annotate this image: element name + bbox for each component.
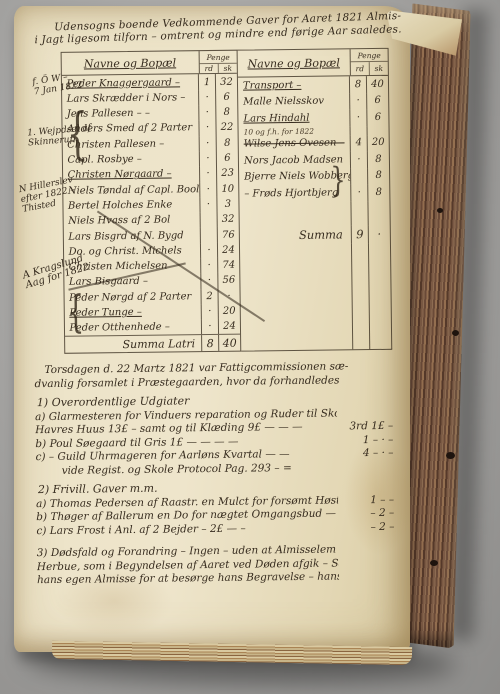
line-amount: – 2 – [338, 507, 394, 521]
row-sk: 74 [217, 258, 239, 274]
row-rd [200, 212, 217, 228]
row-name: Niels Hvass af 2 Bol [63, 214, 200, 227]
ledger-row: Wilse Jens Ovesen – 4 20 [239, 134, 389, 152]
ledger-left-rows: Peder Knaggergaard – 1 32 Lars Skrædder … [61, 74, 240, 336]
ledger-table: f. Ö W – 7 Jan 1822 1. Wejpdsel af Skinn… [31, 48, 393, 354]
row-name: Christen Pallesen – [62, 138, 199, 151]
row-name: Do. og Christ. Michels [63, 245, 200, 258]
line-text: hans egen Almisse for at besørge hans Be… [37, 570, 339, 587]
row-rd [200, 227, 217, 243]
row-name: Niels Tøndal af Capl. Bool [63, 184, 200, 197]
ledger-row: Summa 9 · [240, 224, 390, 244]
column-header-name: Navne og Bopæl [238, 49, 350, 76]
row-name: Lars Bisgrd af N. Bygd [63, 230, 200, 243]
line-text: vide Regist. og Skole Protocol Pag. 293 … [36, 461, 338, 478]
line-amount [339, 556, 395, 570]
minutes-section-3: 3) Dødsfald og Forandring – Ingen – uden… [37, 543, 395, 588]
row-rd: · [198, 120, 215, 136]
row-sk: 23 [216, 166, 238, 182]
summa-rd: 8 [201, 335, 218, 351]
row-sk: · [368, 224, 390, 242]
ledger-row: Malle Nielsskov · 6 [238, 92, 388, 110]
row-sk: 20 [367, 134, 389, 151]
ledger-row: Bjerre Niels Wobberg 8 [239, 167, 389, 185]
column-header-money: Penge rd sk [199, 51, 237, 74]
edge-speck [437, 208, 443, 213]
ledger-right-rows: Transport – 8 40 Malle Nielsskov · 6 Lar… [238, 76, 390, 244]
line-amount [339, 570, 395, 584]
row-rd: 9 [351, 225, 368, 243]
row-rd: 2 [200, 289, 217, 305]
row-sk: 76 [217, 227, 239, 243]
row-name: Nors Jacob Madsen [239, 154, 350, 166]
row-sk [367, 200, 389, 224]
line-amount: 3rd 1£ – [337, 420, 393, 434]
row-name: Lars Hindahl [238, 112, 349, 124]
ledger-right: Navne og Bopæl Penge rd sk Transport – 8 [238, 48, 393, 352]
row-sk: 6 [366, 92, 388, 109]
row-sk: 24 [218, 319, 240, 335]
row-name: Anders Smed af 2 Parter [62, 123, 199, 136]
column-header-rd: rd [200, 64, 218, 74]
column-header-sk: sk [369, 62, 388, 75]
row-sk: 20 [218, 304, 240, 320]
row-rd [350, 201, 367, 225]
row-rd: · [350, 151, 367, 168]
row-name: Jens Pallesen – – [62, 107, 199, 120]
row-sk: 56 [217, 273, 239, 289]
row-name: Peder Tunge – [64, 306, 201, 319]
row-name: Peder Otthenhede – [64, 321, 201, 334]
row-name [240, 213, 351, 214]
row-rd [350, 126, 367, 135]
ledger-row: Transport – 8 40 [238, 76, 388, 94]
row-name: Transport – [238, 79, 349, 91]
row-rd: · [198, 90, 215, 106]
line-amount: 1 – – [338, 493, 394, 507]
row-rd: · [201, 304, 218, 320]
row-name: Wilse Jens Ovesen – [239, 138, 350, 150]
minutes-section-1: a) Glarmesteren for Vinduers reparation … [35, 406, 394, 478]
row-rd: · [200, 258, 217, 274]
row-rd: · [199, 136, 216, 152]
row-rd: · [349, 109, 366, 126]
ledger-right-header: Navne og Bopæl Penge rd sk [238, 49, 388, 78]
row-name: Peder Knaggergaard – [61, 77, 198, 90]
minutes-text: Torsdagen d. 22 Martz 1821 var Fattigcom… [34, 360, 395, 588]
column-header-name: Navne og Bopæl [61, 51, 199, 75]
margin-notes: f. Ö W – 7 Jan 1822 1. Wejpdsel af Skinn… [31, 52, 64, 354]
row-rd: · [199, 197, 216, 213]
row-rd [350, 168, 367, 185]
row-name: Bjerre Niels Wobberg [239, 171, 350, 183]
line-text: c) Lars Frost i Anl. af 2 Bejder – 2£ — … [36, 521, 338, 538]
row-rd: · [200, 243, 217, 259]
line-amount: 4 – · – [337, 447, 393, 461]
row-sk: 8 [367, 184, 389, 201]
row-rd: · [349, 93, 366, 110]
line-amount [339, 543, 395, 557]
row-name: Capl. Rosbye – [62, 153, 199, 166]
row-sk: 6 [366, 109, 388, 126]
summa-row: Summa Latri 8 40 [65, 334, 241, 353]
line-amount: – 2 – [338, 520, 394, 534]
manuscript-page: Udensogns boende Vedkommende Gaver for A… [14, 6, 410, 652]
row-name: Summa [240, 227, 351, 242]
row-sk: 22 [215, 120, 237, 136]
ledger-left-header: Navne og Bopæl Penge rd sk [61, 51, 237, 77]
column-lines [240, 242, 391, 350]
row-sk: 8 [216, 135, 238, 151]
edge-speck [452, 330, 459, 336]
row-name: Lars Skrædder i Nors – [62, 92, 199, 105]
row-sk: 8 [367, 151, 389, 168]
ledger-left: Navne og Bopæl Penge rd sk Peder Knagger… [60, 50, 241, 354]
column-header-sk: sk [218, 64, 237, 74]
summa-label: Summa Latri [65, 337, 202, 352]
ledger-row: – Frøds Hjortbjerg · 8 [239, 184, 389, 202]
edge-speck [430, 560, 438, 566]
row-name: – Frøds Hjortbjerg [239, 187, 350, 199]
ledger-row [239, 200, 389, 226]
row-rd: · [201, 319, 218, 335]
row-sk: 32 [215, 74, 237, 90]
line-amount [337, 406, 393, 420]
row-sk: 32 [217, 212, 239, 228]
row-rd: 1 [198, 74, 215, 90]
row-sk: 6 [215, 89, 237, 105]
row-name: Bertel Holches Enke [63, 199, 200, 212]
row-sk: 24 [217, 242, 239, 258]
row-rd: · [199, 166, 216, 182]
summa-sk: 40 [218, 335, 240, 351]
row-sk [367, 125, 389, 134]
ledger-row: Lars Hindahl · 6 [238, 109, 388, 127]
row-name: Peder Nørgd af 2 Parter [64, 291, 201, 304]
row-sk: 6 [216, 151, 238, 167]
column-header-rd: rd [351, 62, 369, 75]
row-rd: · [198, 105, 215, 121]
row-rd: · [199, 181, 216, 197]
row-sk: 10 [216, 181, 238, 197]
page-content: Udensogns boende Vedkommende Gaver for A… [30, 14, 396, 646]
row-sk: 8 [367, 167, 389, 184]
column-header-money: Penge rd sk [350, 49, 388, 75]
line-amount: 1 – · – [337, 433, 393, 447]
row-rd: 4 [350, 135, 367, 152]
row-sk: 8 [215, 105, 237, 121]
row-sk: 40 [366, 76, 388, 93]
row-rd: · [199, 151, 216, 167]
ledger-row: Nors Jacob Madsen · 8 [239, 151, 389, 169]
minutes-section-2: a) Thomas Pedersen af Raastr. en Mulct f… [36, 493, 394, 538]
line-amount [338, 460, 394, 474]
edge-speck [446, 452, 455, 459]
row-name: Christen Nørgaard – [63, 169, 200, 182]
row-sk: 3 [216, 196, 238, 212]
row-rd: · [350, 184, 367, 201]
row-rd: 8 [349, 76, 366, 93]
row-name: Malle Nielsskov [238, 96, 349, 108]
